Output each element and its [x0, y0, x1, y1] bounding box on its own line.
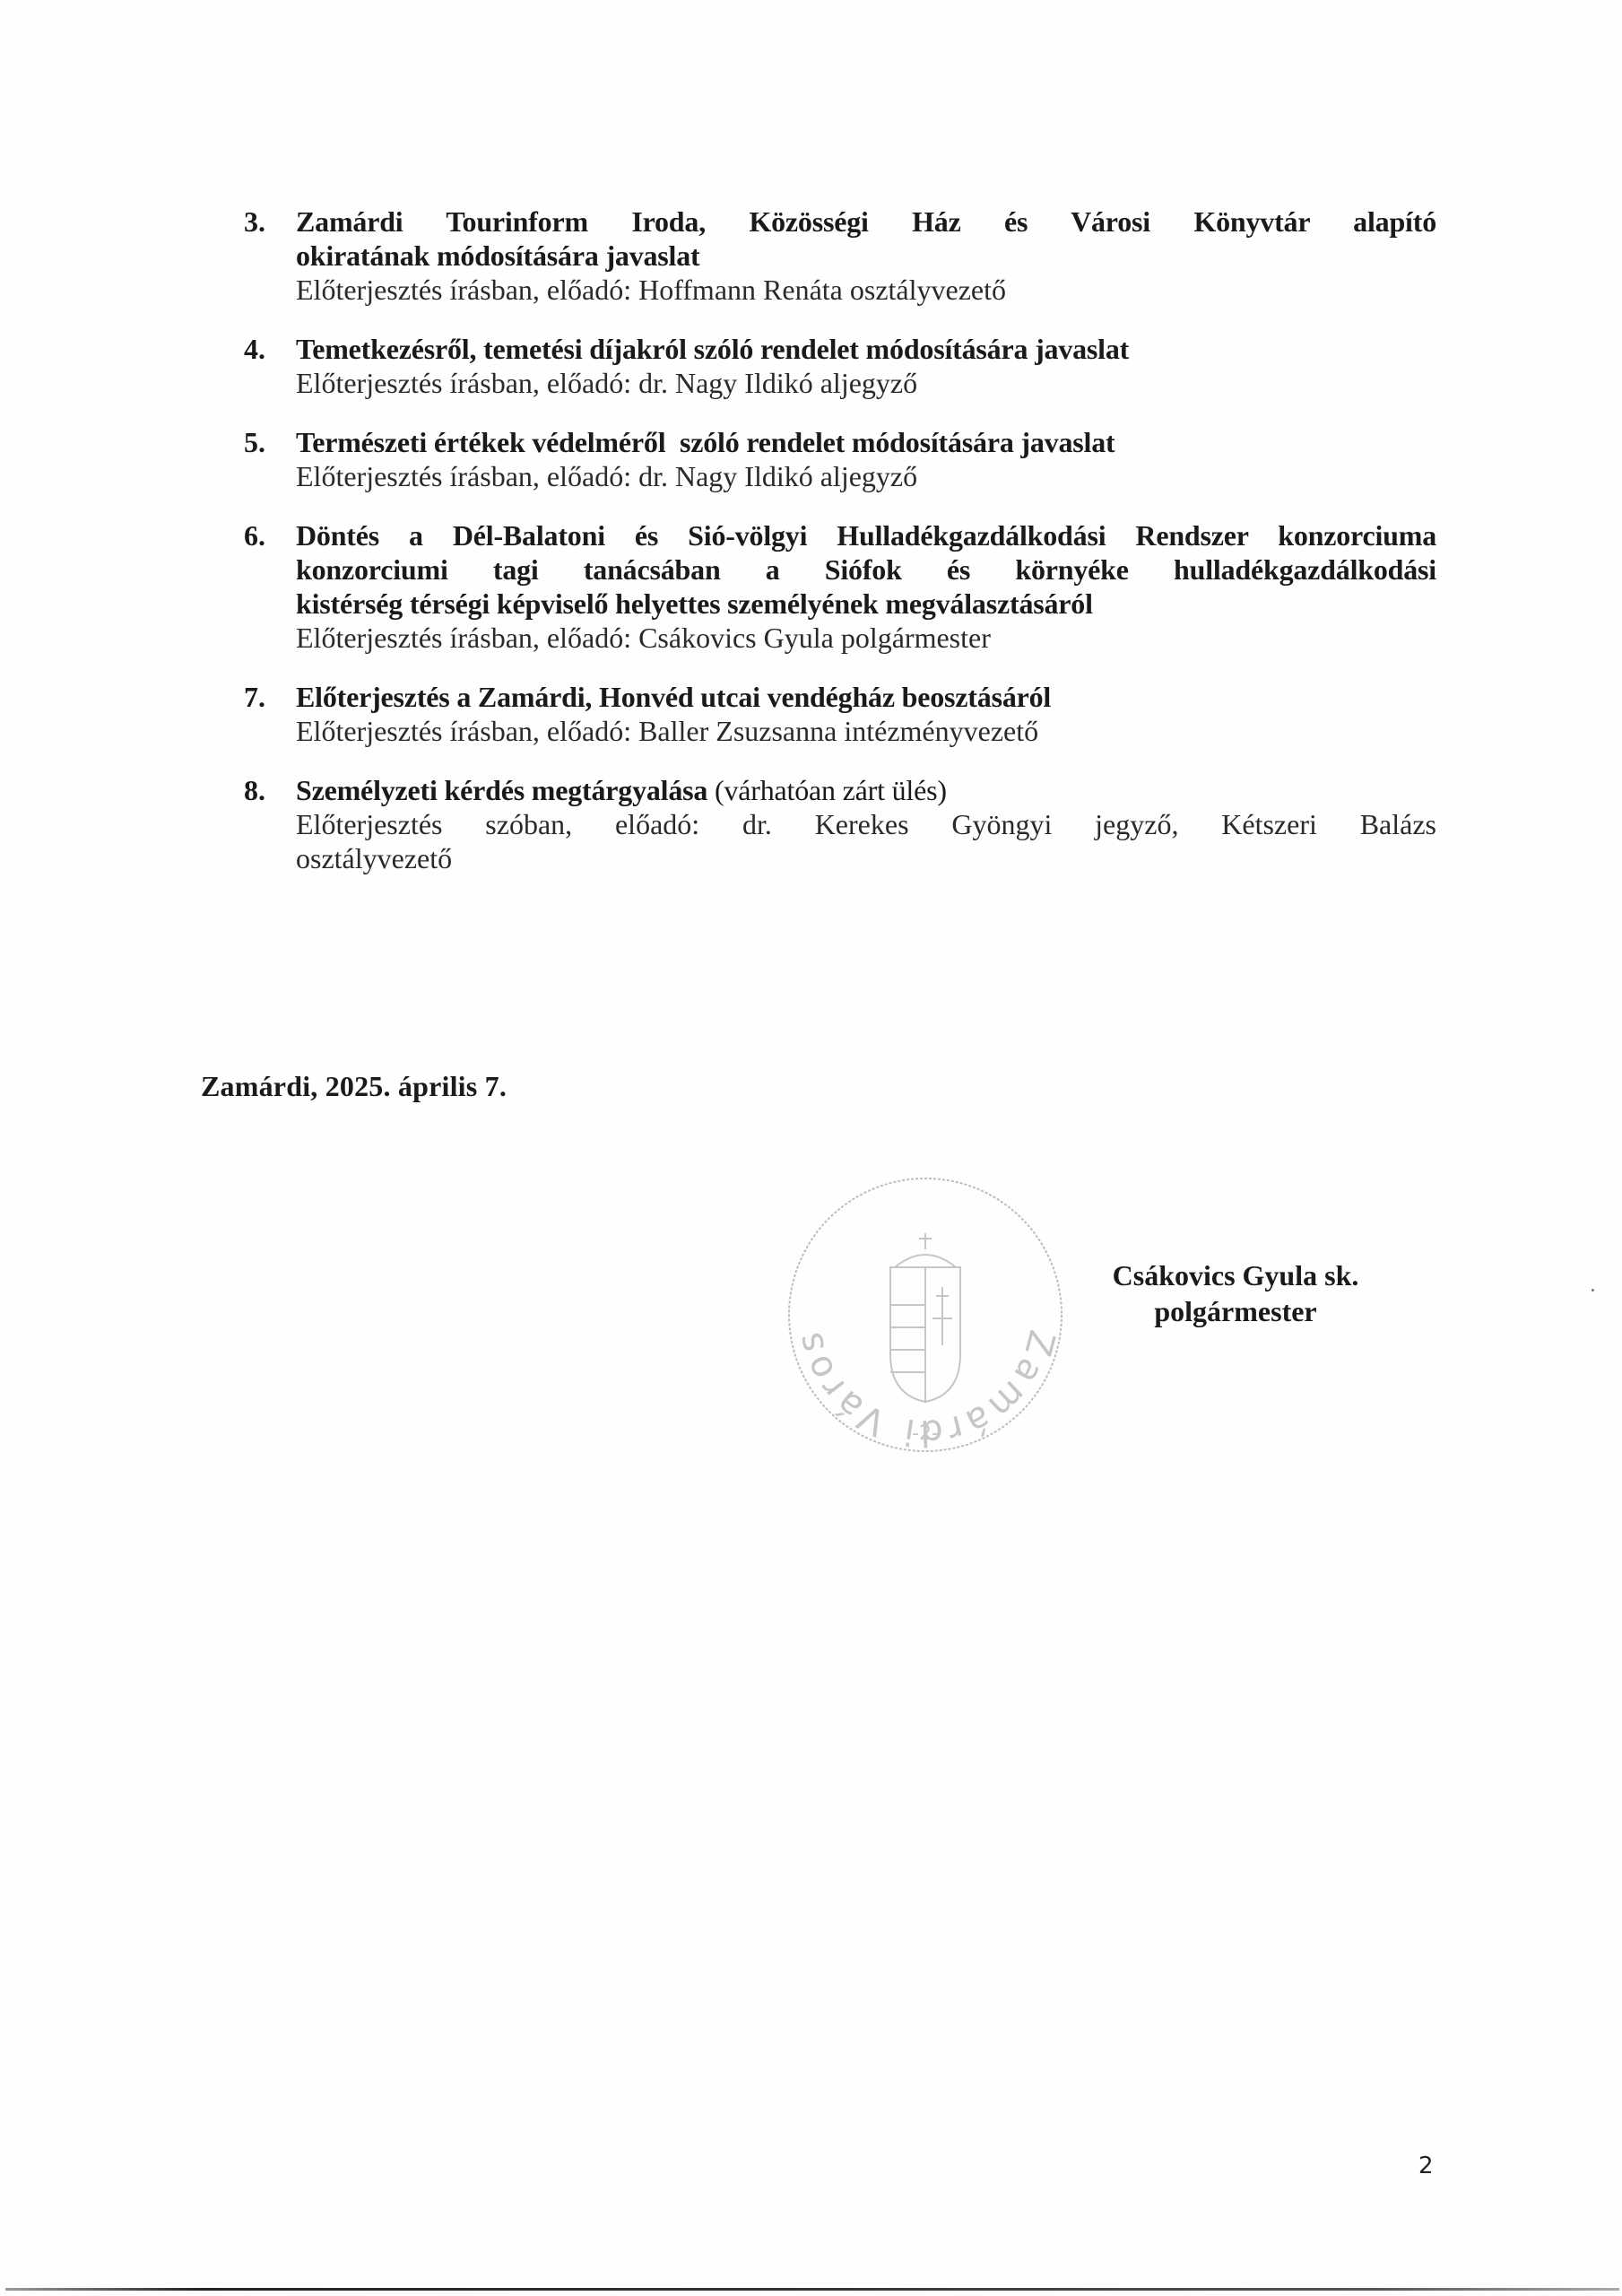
signature-block: Csákovics Gyula sk. polgármester — [1092, 1257, 1379, 1329]
item-description-line: Előterjesztés szóban, előadó: dr. Kereke… — [296, 807, 1436, 841]
item-number: 7. — [244, 680, 265, 714]
official-stamp-icon: Zamárdi Város Polgármestere -2- — [778, 1170, 1072, 1459]
item-title-line: Döntés a Dél-Balatoni és Sió-völgyi Hull… — [296, 518, 1436, 552]
agenda-list: 3. Zamárdi Tourinform Iroda, Közösségi H… — [244, 204, 1436, 875]
signatory-name: Csákovics Gyula sk. — [1092, 1257, 1379, 1293]
item-description-line: osztályvezető — [296, 841, 1436, 875]
agenda-item-4: 4. Temetkezésről, temetési díjakról szól… — [244, 332, 1436, 400]
item-number: 4. — [244, 332, 265, 366]
item-number: 3. — [244, 204, 265, 239]
agenda-item-3: 3. Zamárdi Tourinform Iroda, Közösségi H… — [244, 204, 1436, 307]
item-title: Temetkezésről, temetési díjakról szóló r… — [296, 332, 1436, 366]
agenda-item-7: 7. Előterjesztés a Zamárdi, Honvéd utcai… — [244, 680, 1436, 748]
item-title: Természeti értékek védelméről szóló rend… — [296, 425, 1436, 459]
place-date: Zamárdi, 2025. április 7. — [201, 1070, 507, 1103]
item-title-line: okiratának módosítására javaslat — [296, 239, 1436, 273]
item-description: Előterjesztés írásban, előadó: dr. Nagy … — [296, 459, 1436, 493]
item-title-note: (várhatóan zárt ülés) — [707, 774, 947, 806]
item-number: 8. — [244, 773, 265, 807]
item-description: Előterjesztés írásban, előadó: Csákovics… — [296, 621, 1436, 655]
item-description: Előterjesztés írásban, előadó: Hoffmann … — [296, 273, 1436, 307]
item-title: Döntés a Dél-Balatoni és Sió-völgyi Hull… — [296, 518, 1436, 621]
item-title: Előterjesztés a Zamárdi, Honvéd utcai ve… — [296, 680, 1436, 714]
item-description: Előterjesztés írásban, előadó: dr. Nagy … — [296, 366, 1436, 400]
item-title: Zamárdi Tourinform Iroda, Közösségi Ház … — [296, 204, 1436, 273]
signatory-title: polgármester — [1092, 1293, 1379, 1329]
item-title-line: kistérség térségi képviselő helyettes sz… — [296, 587, 1436, 621]
page-number: 2 — [1418, 2152, 1434, 2179]
item-number: 6. — [244, 518, 265, 552]
agenda-item-8: 8. Személyzeti kérdés megtárgyalása (vár… — [244, 773, 1436, 875]
item-description: Előterjesztés szóban, előadó: dr. Kereke… — [296, 807, 1436, 875]
svg-text:Zamárdi Város Polgármestere: Zamárdi Város Polgármestere — [778, 1170, 1063, 1453]
item-title-line: Zamárdi Tourinform Iroda, Közösségi Ház … — [296, 204, 1436, 239]
item-number: 5. — [244, 425, 265, 459]
document-page: 3. Zamárdi Tourinform Iroda, Közösségi H… — [0, 0, 1622, 2296]
agenda-item-5: 5. Természeti értékek védelméről szóló r… — [244, 425, 1436, 493]
svg-text:-2-: -2- — [912, 1422, 939, 1445]
item-title-text: Személyzeti kérdés megtárgyalása — [296, 774, 707, 806]
item-title: Személyzeti kérdés megtárgyalása (várhat… — [296, 773, 1436, 807]
agenda-item-6: 6. Döntés a Dél-Balatoni és Sió-völgyi H… — [244, 518, 1436, 655]
item-title-line: konzorciumi tagi tanácsában a Siófok és … — [296, 552, 1436, 587]
footer-divider — [5, 2288, 1619, 2291]
item-description: Előterjesztés írásban, előadó: Baller Zs… — [296, 714, 1436, 748]
scan-speck — [1592, 1289, 1594, 1291]
coat-of-arms-icon — [890, 1233, 960, 1402]
